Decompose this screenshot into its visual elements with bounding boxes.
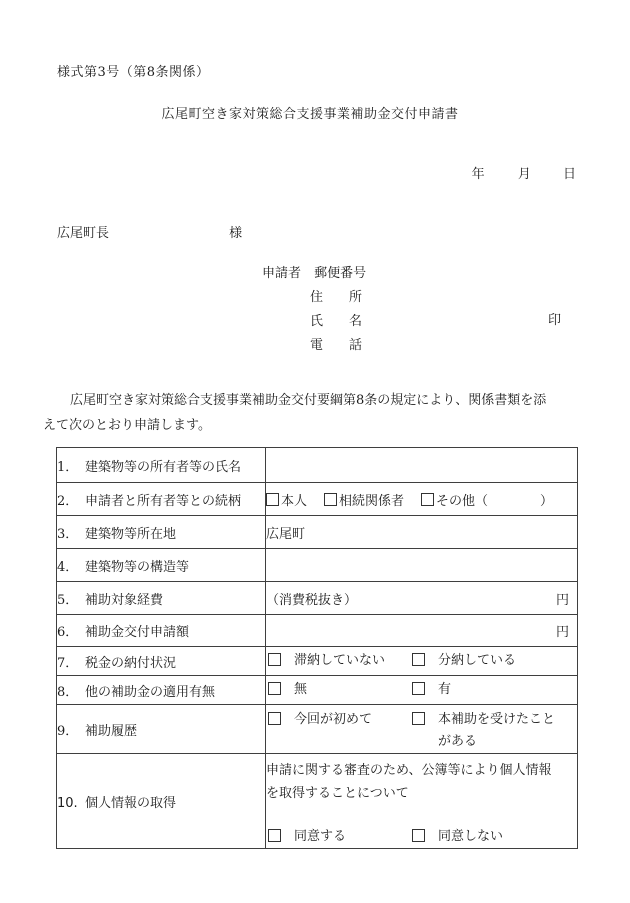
applicant-block: 申請者 郵便番号 住 所 氏 名 電 話: [262, 262, 366, 358]
checkbox-souzoku[interactable]: [324, 493, 337, 506]
document-title: 広尾町空き家対策総合支援事業補助金交付申請書: [0, 103, 620, 122]
date-line: 年 月 日: [472, 163, 576, 182]
row5-label-cell: 5．補助対象経費: [57, 582, 266, 615]
date-month-label: 月: [518, 163, 531, 182]
row6-label: 補助金交付申請額: [85, 625, 189, 640]
table-row: 8．他の補助金の適用有無 無 有: [57, 676, 578, 705]
option-sonota-label: その他（ ）: [436, 490, 553, 509]
tax-status-cell: 滞納していない 分納している: [266, 647, 578, 676]
option-sonota: その他（ ）: [421, 490, 553, 509]
addressee-honorific: 様: [229, 226, 242, 241]
row1-label: 建築物等の所有者等の氏名: [85, 460, 241, 475]
address-label: 住 所: [310, 286, 362, 310]
checkbox-honnin[interactable]: [266, 493, 279, 506]
row5-label: 補助対象経費: [85, 593, 163, 608]
consent-gap: [266, 805, 577, 826]
date-day-label: 日: [563, 163, 576, 182]
intro-line-1: 広尾町空き家対策総合支援事業補助金交付要綱第8条の規定により、関係書類を添: [43, 388, 588, 413]
form-number: 様式第3号（第8条関係）: [57, 61, 210, 80]
application-table: 1．建築物等の所有者等の氏名 2．申請者と所有者等との続柄 本人 相続関係者: [56, 447, 578, 849]
checkbox-exists[interactable]: [412, 682, 425, 695]
row4-label: 建築物等の構造等: [85, 560, 189, 575]
option-agree: 同意する: [268, 826, 412, 848]
date-year-label: 年: [472, 163, 485, 182]
row3-label-cell: 3．建築物等所在地: [57, 516, 266, 549]
checkbox-received-before[interactable]: [412, 712, 425, 725]
option-first-time: 今回が初めて: [268, 709, 412, 731]
table-row: 7．税金の納付状況 滞納していない 分納している: [57, 647, 578, 676]
row7-number: 7．: [57, 652, 85, 671]
owner-name-input-cell[interactable]: [266, 448, 578, 483]
option-none: 無: [268, 679, 412, 701]
option-first-time-label: 今回が初めて: [294, 709, 372, 731]
intro-paragraph: 広尾町空き家対策総合支援事業補助金交付要綱第8条の規定により、関係書類を添 えて…: [43, 388, 588, 438]
row3-label: 建築物等所在地: [85, 527, 176, 542]
row10-number: 10.: [57, 796, 85, 811]
option-honnin-label: 本人: [281, 490, 307, 509]
option-disagree: 同意しない: [412, 826, 503, 848]
structure-input-cell[interactable]: [266, 549, 578, 582]
consent-intro-text: 申請に関する審査のため、公簿等により個人情報を取得することについて: [266, 759, 562, 805]
option-disagree-label: 同意しない: [438, 826, 503, 848]
option-souzoku: 相続関係者: [324, 490, 404, 509]
row9-label: 補助履歴: [85, 724, 137, 739]
row9-label-cell: 9．補助履歴: [57, 705, 266, 754]
applicant-phone-line: 電 話: [262, 334, 366, 358]
option-honnin: 本人: [266, 490, 307, 509]
row4-number: 4．: [57, 556, 85, 575]
option-agree-label: 同意する: [294, 826, 346, 848]
seal-mark: 印: [548, 309, 561, 328]
checkbox-no-arrears[interactable]: [268, 653, 281, 666]
table-row: 9．補助履歴 今回が初めて 本補助を受けたこと がある: [57, 705, 578, 754]
row9-number: 9．: [57, 720, 85, 739]
name-label: 氏 名: [310, 310, 362, 334]
table-row: 5．補助対象経費 （消費税抜き） 円: [57, 582, 578, 615]
intro-line-2: えて次のとおり申請します。: [43, 413, 588, 438]
option-none-label: 無: [294, 679, 307, 701]
addressee-name: 広尾町長: [57, 226, 109, 241]
location-cell[interactable]: 広尾町: [266, 516, 578, 549]
phone-label: 電 話: [310, 334, 362, 358]
option-exists: 有: [412, 679, 451, 701]
option-received-before: 本補助を受けたこと がある: [412, 709, 555, 753]
application-form-page: 様式第3号（第8条関係） 広尾町空き家対策総合支援事業補助金交付申請書 年 月 …: [0, 0, 630, 903]
relationship-cell: 本人 相続関係者 その他（ ）: [266, 483, 578, 516]
applicant-address-line: 住 所: [262, 286, 366, 310]
row7-label-cell: 7．税金の納付状況: [57, 647, 266, 676]
tax-note: （消費税抜き）: [266, 589, 357, 608]
yen-unit: 円: [556, 621, 569, 640]
table-row: 4．建築物等の構造等: [57, 549, 578, 582]
option-no-arrears: 滞納していない: [268, 650, 412, 672]
applicant-name-line: 氏 名: [262, 310, 366, 334]
row6-label-cell: 6．補助金交付申請額: [57, 615, 266, 647]
row8-label-cell: 8．他の補助金の適用有無: [57, 676, 266, 705]
table-row: 1．建築物等の所有者等の氏名: [57, 448, 578, 483]
row10-label-cell: 10.個人情報の取得: [57, 754, 266, 849]
applicant-postal-line: 申請者 郵便番号: [262, 262, 366, 286]
other-subsidy-cell: 無 有: [266, 676, 578, 705]
checkbox-installments[interactable]: [412, 653, 425, 666]
row8-label: 他の補助金の適用有無: [85, 685, 215, 700]
option-received-before-label: 本補助を受けたこと がある: [438, 709, 555, 753]
table-row: 3．建築物等所在地 広尾町: [57, 516, 578, 549]
checkbox-sonota[interactable]: [421, 493, 434, 506]
row6-number: 6．: [57, 621, 85, 640]
row2-number: 2．: [57, 490, 85, 509]
location-value: 広尾町: [266, 527, 305, 542]
personal-info-cell: 申請に関する審査のため、公簿等により個人情報を取得することについて 同意する 同…: [266, 754, 578, 849]
option-no-arrears-label: 滞納していない: [294, 650, 385, 672]
checkbox-agree[interactable]: [268, 829, 281, 842]
checkbox-disagree[interactable]: [412, 829, 425, 842]
table-row: 10.個人情報の取得 申請に関する審査のため、公簿等により個人情報を取得すること…: [57, 754, 578, 849]
row1-number: 1．: [57, 456, 85, 475]
row5-number: 5．: [57, 589, 85, 608]
table-row: 2．申請者と所有者等との続柄 本人 相続関係者 その他（ ）: [57, 483, 578, 516]
row4-label-cell: 4．建築物等の構造等: [57, 549, 266, 582]
row2-label-cell: 2．申請者と所有者等との続柄: [57, 483, 266, 516]
applicant-role-label: 申請者: [262, 266, 301, 281]
addressee-line: 広尾町長 様: [57, 222, 242, 241]
yen-unit: 円: [556, 589, 569, 608]
expense-cell[interactable]: （消費税抜き） 円: [266, 582, 578, 615]
option-souzoku-label: 相続関係者: [339, 490, 404, 509]
row7-label: 税金の納付状況: [85, 656, 176, 671]
postal-code-label: 郵便番号: [314, 262, 366, 286]
table-row: 6．補助金交付申請額 円: [57, 615, 578, 647]
subsidy-history-cell: 今回が初めて 本補助を受けたこと がある: [266, 705, 578, 754]
option-installments: 分納している: [412, 650, 516, 672]
checkbox-first-time[interactable]: [268, 712, 281, 725]
row8-number: 8．: [57, 681, 85, 700]
row2-label: 申請者と所有者等との続柄: [85, 494, 241, 509]
checkbox-none[interactable]: [268, 682, 281, 695]
row3-number: 3．: [57, 523, 85, 542]
row1-label-cell: 1．建築物等の所有者等の氏名: [57, 448, 266, 483]
option-installments-label: 分納している: [438, 650, 516, 672]
row10-label: 個人情報の取得: [85, 796, 176, 811]
grant-amount-cell[interactable]: 円: [266, 615, 578, 647]
option-exists-label: 有: [438, 679, 451, 701]
